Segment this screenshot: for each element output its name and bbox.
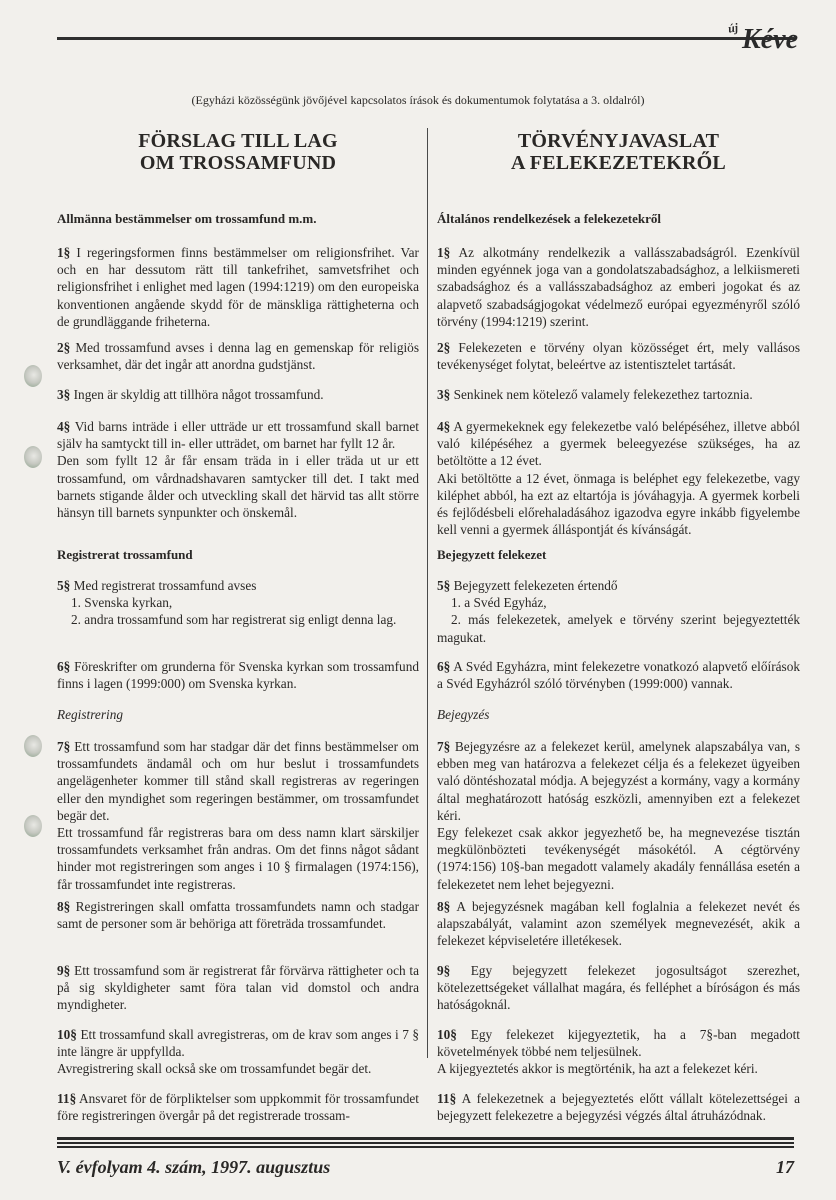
hungarian-title-line2: A FELEKEZETEKRŐL [437,152,800,174]
paragraph-number: 8§ [437,899,450,914]
paragraph-8: 8§ A bejegyzésnek magában kell foglalnia… [437,898,800,950]
paragraph-number: 11§ [437,1091,456,1106]
paragraph-number: 7§ [57,739,70,754]
paragraph-10b: Avregistrering skall också ske om trossa… [57,1060,419,1077]
section-heading: Általános rendelkezések a felekezetekről [437,210,800,227]
paragraph-5: 5§ Bejegyzett felekezeten értendő [437,577,800,594]
paragraph-3: 3§ Ingen är skyldig att tillhöra något t… [57,386,419,403]
paragraph-number: 2§ [437,340,450,355]
paragraph-number: 3§ [57,387,70,402]
paragraph-number: 9§ [57,963,70,978]
paragraph-number: 4§ [57,419,70,434]
paragraph-3: 3§ Senkinek nem kötelező valamely feleke… [437,386,800,403]
paragraph-number: 9§ [437,963,450,978]
paragraph-number: 5§ [437,578,450,593]
paragraph-5: 5§ Med registrerat trossamfund avses [57,577,419,594]
magazine-page: új Kéve (Egyházi közösségünk jövőjével k… [0,0,836,1200]
list-item: 2. más felekezetek, amelyek e törvény sz… [437,611,800,645]
binder-hole-icon [24,365,42,387]
paragraph-number: 5§ [57,578,70,593]
swedish-title-line2: OM TROSSAMFUND [57,152,419,174]
footer-rule [57,1137,794,1140]
paragraph-6: 6§ Föreskrifter om grunderna för Svenska… [57,658,419,692]
paragraph-number: 7§ [437,739,450,754]
section-heading: Registrerat trossamfund [57,546,419,563]
paragraph-7: 7§ Bejegyzésre az a felekezet kerül, ame… [437,738,800,824]
paragraph-2: 2§ Felekezeten e törvény olyan közössége… [437,339,800,373]
paragraph-number: 6§ [437,659,450,674]
hungarian-title-line1: TÖRVÉNYJAVASLAT [437,130,800,152]
paragraph-number: 3§ [437,387,450,402]
paragraph-7: 7§ Ett trossamfund som har stadgar där d… [57,738,419,824]
paragraph-number: 10§ [437,1027,457,1042]
logo-text: Kéve [742,24,798,55]
list-item: 1. a Svéd Egyház, [437,594,800,611]
paragraph-number: 4§ [437,419,450,434]
paragraph-number: 1§ [57,245,70,260]
paragraph-number: 11§ [57,1091,76,1106]
continuation-note: (Egyházi közösségünk jövőjével kapcsolat… [0,93,836,108]
paragraph-10b: A kijegyeztetés akkor is megtörténik, ha… [437,1060,800,1077]
paragraph-11: 11§ Ansvaret för de förpliktelser som up… [57,1090,419,1124]
paragraph-number: 8§ [57,899,70,914]
header-rule [57,37,794,40]
binder-hole-icon [24,815,42,837]
paragraph-number: 6§ [57,659,70,674]
paragraph-8: 8§ Registreringen skall omfatta trossamf… [57,898,419,932]
logo-prefix: új [727,21,739,35]
section-heading: Allmänna bestämmelser om trossamfund m.m… [57,210,419,227]
paragraph-9: 9§ Ett trossamfund som är registrerat få… [57,962,419,1014]
paragraph-10: 10§ Ett trossamfund skall avregistreras,… [57,1026,419,1060]
paragraph-10: 10§ Egy felekezet kijegyeztetik, ha a 7§… [437,1026,800,1060]
paragraph-4: 4§ A gyermekeknek egy felekezetbe való b… [437,418,800,470]
issue-info: V. évfolyam 4. szám, 1997. augusztus [57,1157,330,1178]
paragraph-number: 1§ [437,245,450,260]
swedish-title-line1: FÖRSLAG TILL LAG [57,130,419,152]
paragraph-4b: Aki betöltötte a 12 évet, önmaga is belé… [437,470,800,539]
paragraph-11: 11§ A felekezetnek a bejegyeztetés előtt… [437,1090,800,1124]
subsection-heading: Bejegyzés [437,706,800,723]
paragraph-6: 6§ A Svéd Egyházra, mint felekezetre von… [437,658,800,692]
footer-rule [57,1146,794,1148]
paragraph-number: 2§ [57,340,70,355]
paragraph-1: 1§ Az alkotmány rendelkezik a vallásszab… [437,244,800,330]
paragraph-9: 9§ Egy bejegyzett felekezet jogosultságo… [437,962,800,1014]
paragraph-number: 10§ [57,1027,77,1042]
list-item: 1. Svenska kyrkan, [57,594,419,611]
paragraph-7b: Egy felekezet csak akkor jegyezhető be, … [437,824,800,893]
paragraph-4b: Den som fyllt 12 år får ensam träda in i… [57,452,419,521]
paragraph-1: 1§ I regeringsformen finns bestämmelser … [57,244,419,330]
binder-hole-icon [24,735,42,757]
section-heading: Bejegyzett felekezet [437,546,800,563]
column-divider [427,128,428,1058]
binder-hole-icon [24,446,42,468]
list-item: 2. andra trossamfund som har registrerat… [57,611,419,628]
magazine-logo: új Kéve [742,26,798,54]
subsection-heading: Registrering [57,706,419,723]
footer-rule [57,1142,794,1144]
paragraph-2: 2§ Med trossamfund avses i denna lag en … [57,339,419,373]
page-number: 17 [776,1157,794,1178]
paragraph-7b: Ett trossamfund får registreras bara om … [57,824,419,893]
paragraph-4: 4§ Vid barns inträde i eller utträde ur … [57,418,419,452]
